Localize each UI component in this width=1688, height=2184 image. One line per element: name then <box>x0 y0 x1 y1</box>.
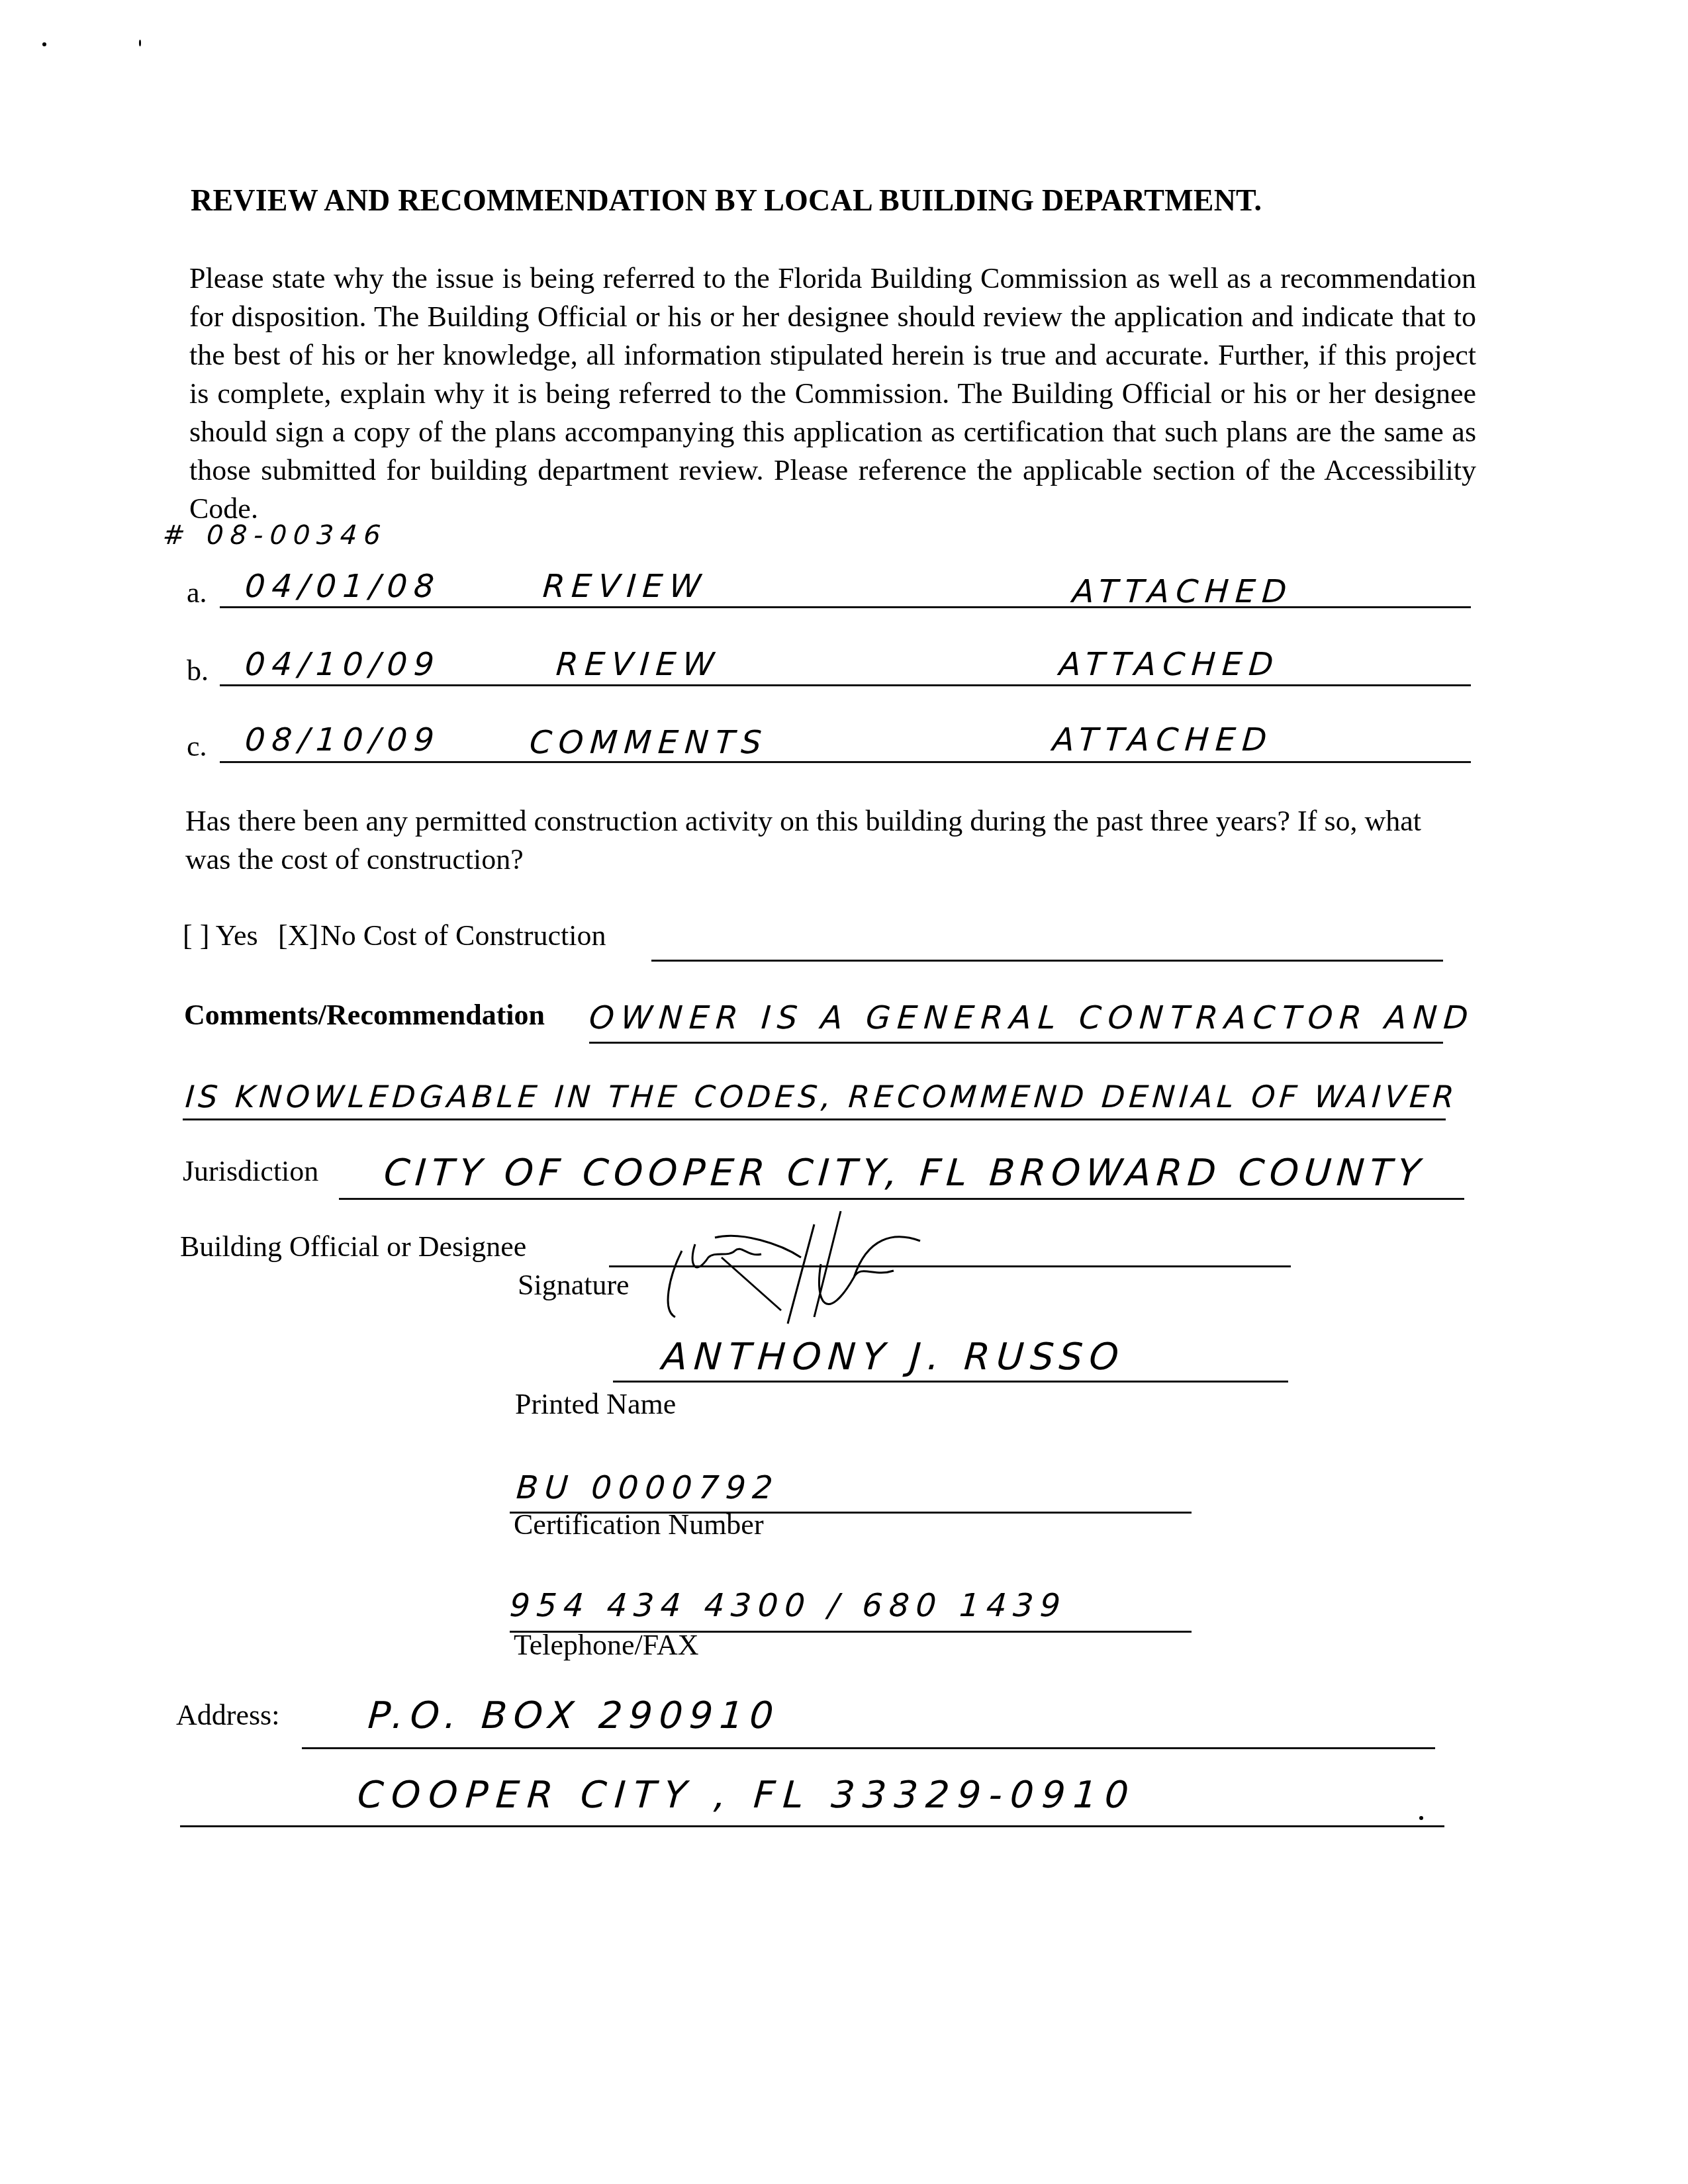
item-c-letter: c. <box>187 729 207 763</box>
item-a-desc: REVIEW <box>541 568 708 605</box>
certification-value: BU 0000792 <box>515 1469 780 1506</box>
item-a-date: 04/01/08 <box>244 568 442 605</box>
comments-line-1[interactable] <box>589 1042 1443 1044</box>
comments-text-1: OWNER IS A GENERAL CONTRACTOR AND <box>588 999 1476 1036</box>
address-value-1: P.O. BOX 290910 <box>367 1694 782 1737</box>
item-c-status: ATTACHED <box>1051 721 1274 758</box>
scan-speck <box>42 42 46 46</box>
address-label: Address: <box>176 1698 279 1732</box>
signature-label: Signature <box>518 1268 630 1302</box>
address-line-2[interactable] <box>180 1825 1444 1827</box>
construction-question: Has there been any permitted constructio… <box>185 802 1470 879</box>
page-title: REVIEW AND RECOMMENDATION BY LOCAL BUILD… <box>191 183 1262 218</box>
printed-name-value: ANTHONY J. RUSSO <box>661 1336 1127 1379</box>
no-checkbox[interactable]: [X] <box>278 919 318 952</box>
comments-label: Comments/Recommendation <box>184 998 545 1032</box>
item-c-desc: COMMENTS <box>528 724 769 761</box>
item-b-status: ATTACHED <box>1058 646 1281 683</box>
yes-checkbox[interactable]: [ ] Yes <box>183 919 258 952</box>
printed-name-line[interactable] <box>613 1381 1288 1383</box>
jurisdiction-value: CITY OF COOPER CITY, FL BROWARD COUNTY <box>383 1152 1427 1195</box>
telephone-label: Telephone/FAX <box>514 1628 699 1662</box>
item-a-status: ATTACHED <box>1071 573 1294 610</box>
address-line-1[interactable] <box>302 1747 1435 1749</box>
item-b-desc: REVIEW <box>555 646 722 683</box>
line-end-dot <box>1419 1816 1423 1820</box>
instructions-paragraph: Please state why the issue is being refe… <box>189 259 1476 528</box>
telephone-value: 954 434 4300 / 680 1439 <box>508 1587 1068 1624</box>
scan-speck <box>139 40 141 46</box>
item-b-letter: b. <box>187 654 209 688</box>
comments-line-2[interactable] <box>183 1118 1446 1120</box>
item-c-line[interactable] <box>220 761 1471 763</box>
signature-scribble <box>655 1211 1185 1334</box>
certification-label: Certification Number <box>514 1508 764 1541</box>
item-c-date: 08/10/09 <box>244 721 442 758</box>
cost-of-construction-field[interactable] <box>651 960 1443 962</box>
building-official-label: Building Official or Designee <box>180 1230 526 1263</box>
item-b-date: 04/10/09 <box>244 646 442 683</box>
item-b-line[interactable] <box>220 684 1471 686</box>
item-a-letter: a. <box>187 576 207 610</box>
reference-number: # 08-00346 <box>162 520 388 551</box>
jurisdiction-line[interactable] <box>339 1198 1464 1200</box>
printed-name-label: Printed Name <box>515 1387 676 1421</box>
comments-text-2: IS KNOWLEDGABLE IN THE CODES, RECOMMEND … <box>184 1079 1459 1115</box>
jurisdiction-label: Jurisdiction <box>183 1154 318 1188</box>
no-cost-label: No Cost of Construction <box>320 919 606 952</box>
address-value-2: COOPER CITY , FL 33329-0910 <box>356 1774 1138 1817</box>
